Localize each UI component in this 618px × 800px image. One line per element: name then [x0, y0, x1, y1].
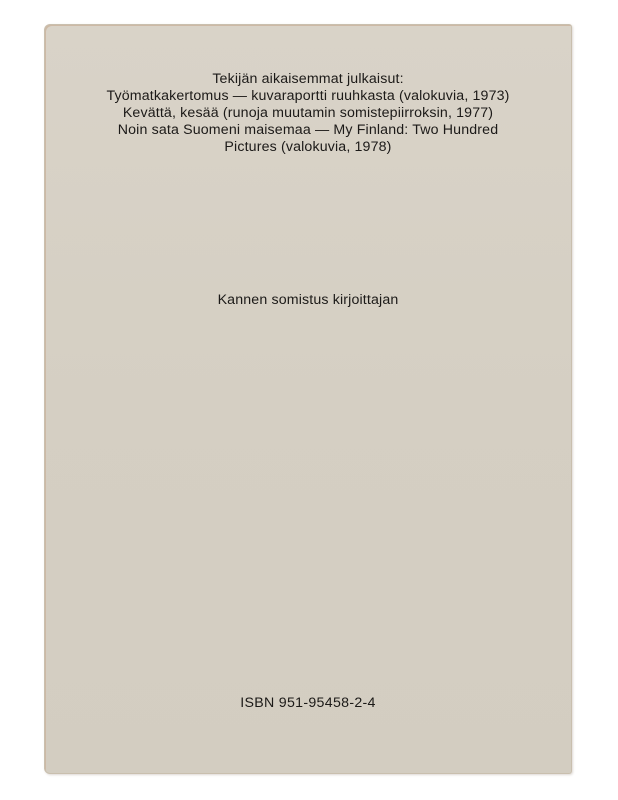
previous-works-list: Tekijän aikaisemmat julkaisut: Työmatkak… — [44, 71, 572, 156]
previous-work-item: Noin sata Suomeni maisemaa — My Finland:… — [44, 122, 572, 139]
book-back-cover: Tekijän aikaisemmat julkaisut: Työmatkak… — [44, 24, 572, 774]
isbn-number: ISBN 951-95458-2-4 — [44, 695, 572, 711]
cover-design-credit: Kannen somistus kirjoittajan — [44, 292, 572, 308]
previous-work-item: Kevättä, kesää (runoja muutamin somistep… — [44, 105, 572, 122]
previous-work-item: Pictures (valokuvia, 1978) — [44, 139, 572, 156]
previous-work-item: Työmatkakertomus — kuvaraportti ruuhkast… — [44, 88, 572, 105]
previous-works-heading: Tekijän aikaisemmat julkaisut: — [44, 71, 572, 88]
